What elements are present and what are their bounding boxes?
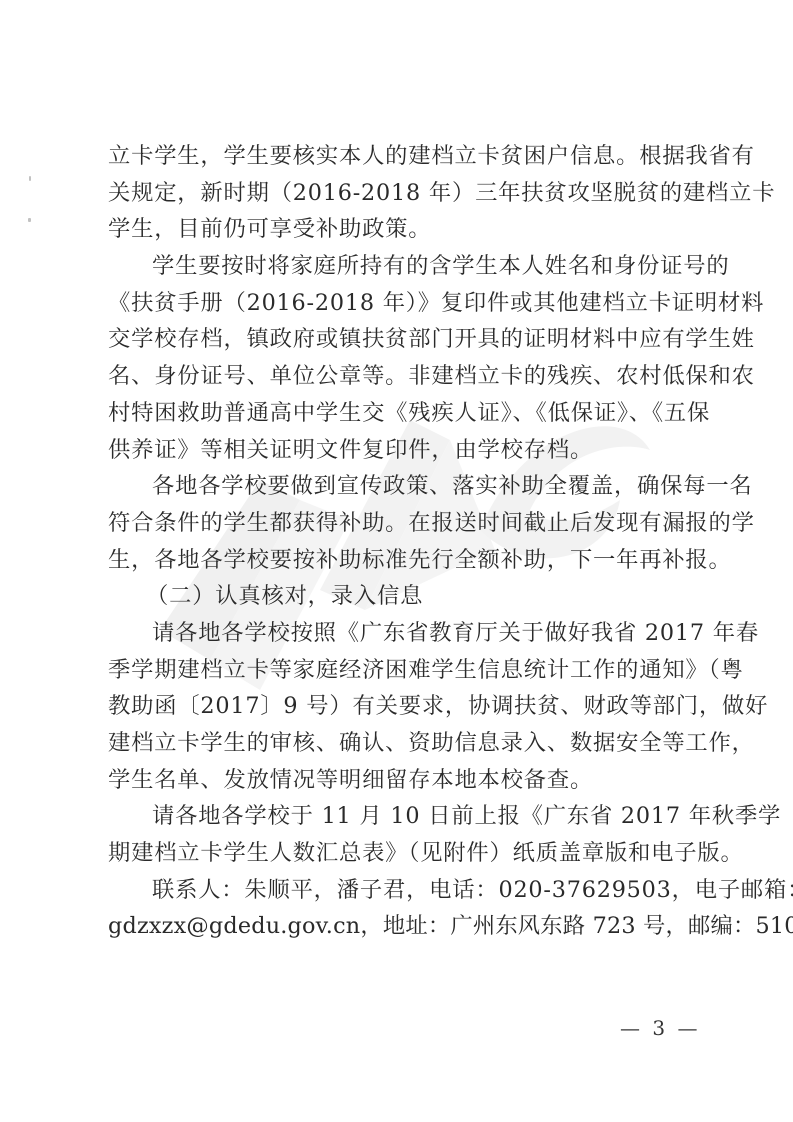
paragraph-contact-info: 联系人：朱顺平，潘子君，电话：020-37629503，电子邮箱： gdzxzx… [108,872,688,945]
text-line: 期建档立卡学生人数汇总表》（见附件）纸质盖章版和电子版。 [108,835,688,872]
text-line: 联系人：朱顺平，潘子君，电话：020-37629503，电子邮箱： [108,872,688,909]
paragraph-verification: 请各地各学校按照《广东省教育厅关于做好我省 2017 年春 季学期建档立卡等家庭… [108,615,688,798]
text-line: 请各地各学校按照《广东省教育厅关于做好我省 2017 年春 [108,615,688,652]
text-line: 名、身份证号、单位公章等。非建档立卡的残疾、农村低保和农 [108,358,688,395]
text-line: 各地各学校要做到宣传政策、落实补助全覆盖，确保每一名 [108,468,688,505]
section-heading: （二）认真核对，录入信息 [108,578,688,615]
text-line: 立卡学生，学生要核实本人的建档立卡贫困户信息。根据我省有 [108,138,688,175]
section-heading-text: （二）认真核对，录入信息 [108,578,688,615]
paragraph-full-coverage: 各地各学校要做到宣传政策、落实补助全覆盖，确保每一名 符合条件的学生都获得补助。… [108,468,688,578]
scan-artifact [28,218,31,222]
text-line: 供养证》等相关证明文件复印件，由学校存档。 [108,432,688,469]
text-line: 学生名单、发放情况等明细留存本地本校备查。 [108,762,688,799]
text-line: 村特困救助普通高中学生交《残疾人证》、《低保证》、《五保 [108,395,688,432]
text-line: 生，各地各学校要按补助标准先行全额补助，下一年再补报。 [108,542,688,579]
text-line: 学生要按时将家庭所持有的含学生本人姓名和身份证号的 [108,248,688,285]
text-line: 教助函〔2017〕9 号）有关要求，协调扶贫、财政等部门，做好 [108,688,688,725]
document-body: 立卡学生，学生要核实本人的建档立卡贫困户信息。根据我省有 关规定，新时期（201… [108,138,688,945]
paragraph-poverty-policy: 立卡学生，学生要核实本人的建档立卡贫困户信息。根据我省有 关规定，新时期（201… [108,138,688,248]
text-line: 学生，目前仍可享受补助政策。 [108,211,688,248]
scan-artifact [29,176,31,181]
text-line: 关规定，新时期（2016-2018 年）三年扶贫攻坚脱贫的建档立卡 [108,175,688,212]
text-line: 请各地各学校于 11 月 10 日前上报《广东省 2017 年秋季学 [108,798,688,835]
text-line: 交学校存档，镇政府或镇扶贫部门开具的证明材料中应有学生姓 [108,321,688,358]
document-page: 立卡学生，学生要核实本人的建档立卡贫困户信息。根据我省有 关规定，新时期（201… [0,0,793,1122]
paragraph-documents-submission: 学生要按时将家庭所持有的含学生本人姓名和身份证号的 《扶贫手册（2016-201… [108,248,688,468]
page-number: — 3 — [620,1016,700,1040]
text-line: gdzxzx@gdedu.gov.cn，地址：广州东风东路 723 号，邮编：5… [108,908,688,945]
text-line: 《扶贫手册（2016-2018 年）》复印件或其他建档立卡证明材料 [108,285,688,322]
text-line: 符合条件的学生都获得补助。在报送时间截止后发现有漏报的学 [108,505,688,542]
text-line: 建档立卡学生的审核、确认、资助信息录入、数据安全等工作， [108,725,688,762]
paragraph-report-deadline: 请各地各学校于 11 月 10 日前上报《广东省 2017 年秋季学 期建档立卡… [108,798,688,871]
text-line: 季学期建档立卡等家庭经济困难学生信息统计工作的通知》（粤 [108,652,688,689]
